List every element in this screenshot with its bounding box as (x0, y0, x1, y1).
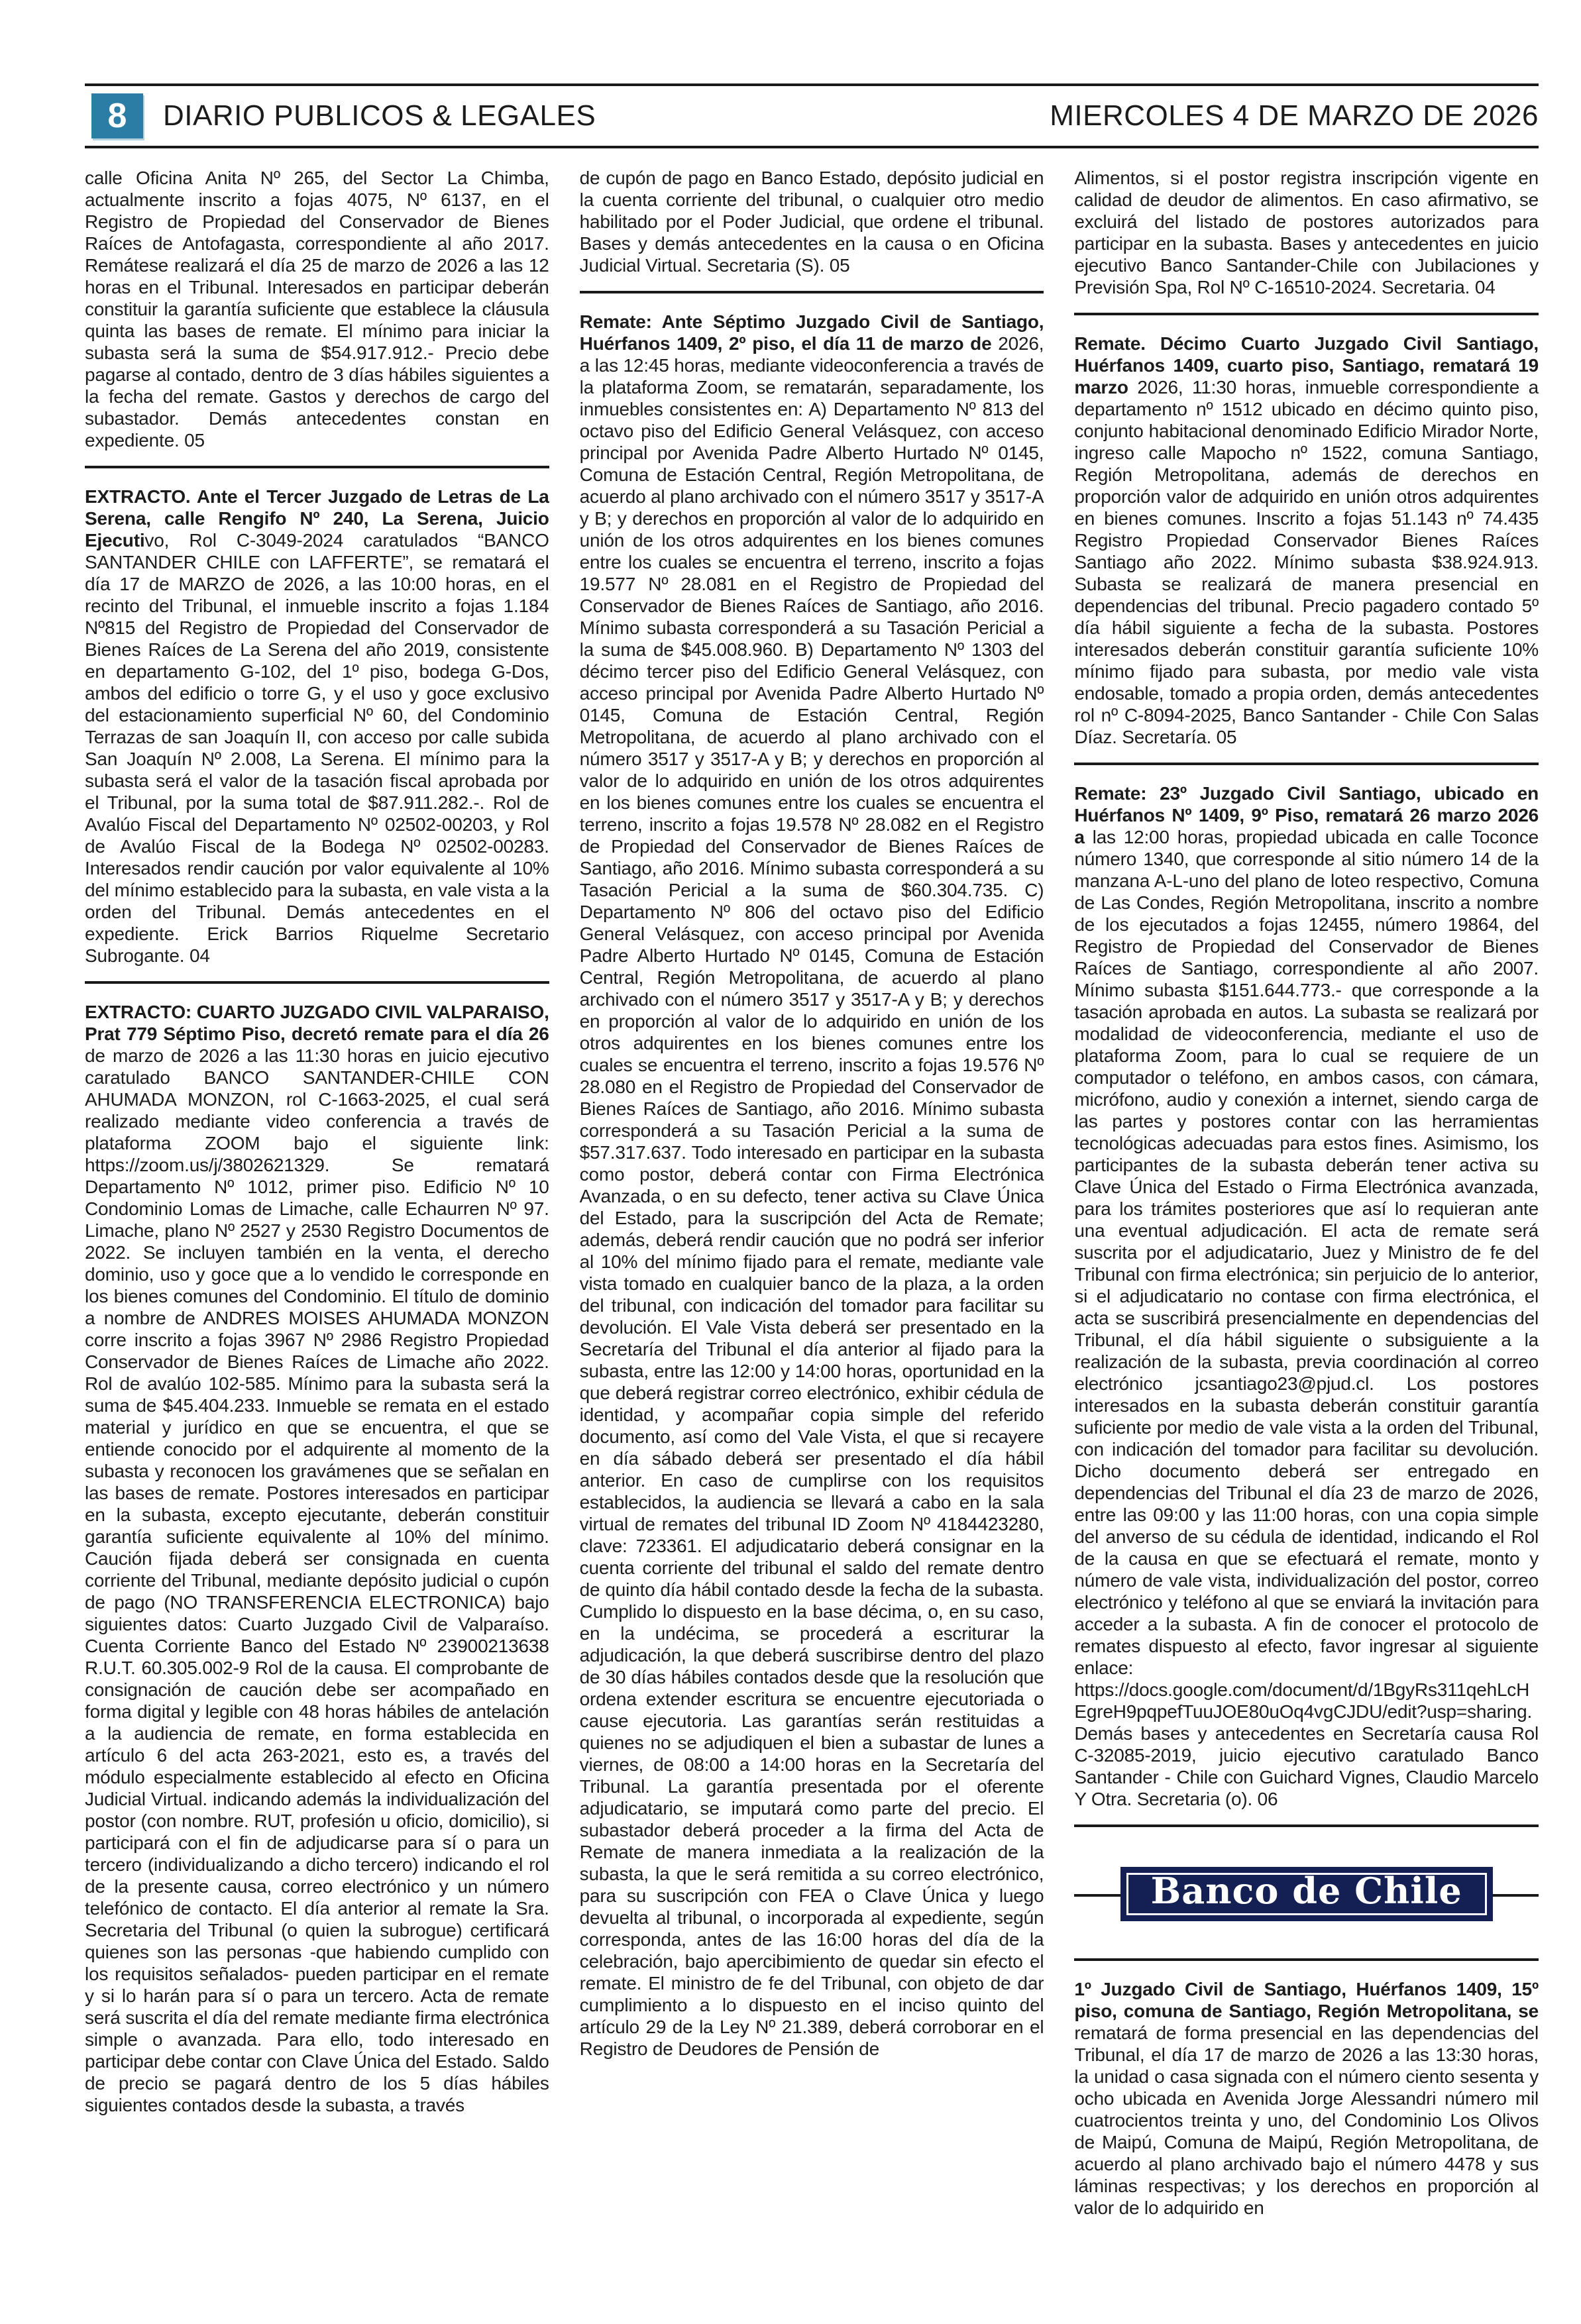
notice-separator (580, 291, 1044, 293)
notice-body: las 12:00 horas, propiedad ubicada en ca… (1074, 827, 1539, 1809)
page-number: 8 (108, 96, 127, 136)
notice-body: rematará de forma presencial en las depe… (1074, 2023, 1539, 2218)
notice-lead: EXTRACTO: CUARTO JUZGADO CIVIL VALPARAIS… (85, 1002, 549, 1044)
banco-de-chile-logo: Banco de Chile (1120, 1867, 1493, 1921)
notice-body: de cupón de pago en Banco Estado, depósi… (580, 168, 1044, 276)
notice-body: calle Oficina Anita Nº 265, del Sector L… (85, 168, 549, 450)
notice-body: de marzo de 2026 a las 11:30 horas en ju… (85, 1045, 549, 2115)
notice-separator (1074, 1824, 1539, 1827)
bank-logo-text: Banco de Chile (1151, 1870, 1462, 1912)
notice-separator (1074, 1958, 1539, 1961)
edition-date: MIERCOLES 4 DE MARZO DE 2026 (1050, 99, 1539, 132)
notice-body: Alimentos, si el postor registra inscrip… (1074, 168, 1539, 297)
notice-separator (1074, 313, 1539, 315)
notice-separator (1074, 763, 1539, 765)
notice-remate-septimo-juzgado: Remate: Ante Séptimo Juzgado Civil de Sa… (580, 311, 1044, 2060)
page-header: 8 DIARIO PUBLICOS & LEGALES MIERCOLES 4 … (85, 83, 1539, 148)
notice-body: 2026, 11:30 horas, inmueble correspondie… (1074, 377, 1539, 747)
notice-extracto-valparaiso: EXTRACTO: CUARTO JUZGADO CIVIL VALPARAIS… (85, 1001, 549, 2116)
column-2: de cupón de pago en Banco Estado, depósi… (580, 167, 1044, 2304)
notice-antofagasta-remate: calle Oficina Anita Nº 265, del Sector L… (85, 167, 549, 451)
page-number-badge: 8 (91, 93, 143, 138)
notices-grid: calle Oficina Anita Nº 265, del Sector L… (85, 167, 1539, 2304)
newspaper-page: 8 DIARIO PUBLICOS & LEGALES MIERCOLES 4 … (0, 0, 1581, 2324)
notice-remate-23-juzgado: Remate: 23º Juzgado Civil Santiago, ubic… (1074, 782, 1539, 1810)
banco-de-chile-logo-frame: Banco de Chile (1126, 1873, 1487, 1915)
column-1: calle Oficina Anita Nº 265, del Sector L… (85, 167, 549, 2304)
notice-remate-decimo-cuarto-juzgado: Remate. Décimo Cuarto Juzgado Civil Sant… (1074, 333, 1539, 748)
notice-separator (85, 466, 549, 468)
notice-body: vo, Rol C-3049-2024 caratulados “BANCO S… (85, 530, 549, 966)
notice-continuation-banco-estado: de cupón de pago en Banco Estado, depósi… (580, 167, 1044, 276)
notice-continuation-alimentos: Alimentos, si el postor registra inscrip… (1074, 167, 1539, 298)
notice-extracto-la-serena: EXTRACTO. Ante el Tercer Juzgado de Letr… (85, 486, 549, 967)
column-3: Alimentos, si el postor registra inscrip… (1074, 167, 1539, 2304)
notice-lead: Remate: Ante Séptimo Juzgado Civil de Sa… (580, 311, 1044, 354)
notice-body: 2026, a las 12:45 horas, mediante videoc… (580, 333, 1044, 2059)
notice-primer-juzgado-santiago: 1º Juzgado Civil de Santiago, Huérfanos … (1074, 1978, 1539, 2219)
masthead-title: DIARIO PUBLICOS & LEGALES (163, 99, 596, 132)
bank-logo-band: Banco de Chile (1074, 1844, 1539, 1944)
notice-lead: 1º Juzgado Civil de Santiago, Huérfanos … (1074, 1979, 1539, 2021)
notice-separator (85, 981, 549, 984)
